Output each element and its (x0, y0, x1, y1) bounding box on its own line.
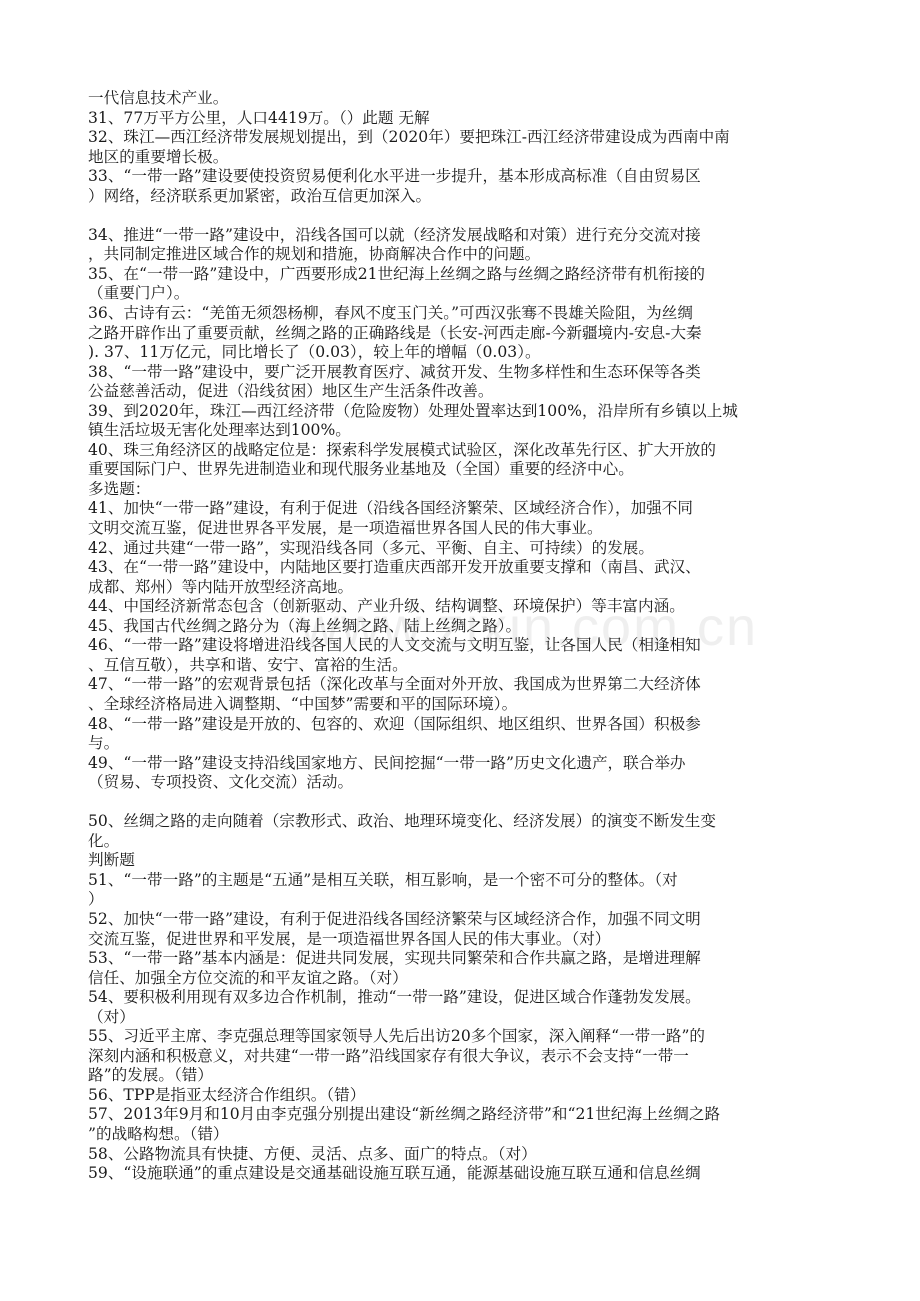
text-line: 44、中国经济新常态包含（创新驱动、产业升级、结构调整、环境保护）等丰富内涵。 (88, 597, 838, 617)
text-line: 重要国际门户、世界先进制造业和现代服务业基地及（全国）重要的经济中心。 (88, 460, 838, 480)
text-line: 36、古诗有云：“羌笛无须怨杨柳，春风不度玉门关。”可西汉张骞不畏雄关险阻，为丝… (88, 304, 838, 324)
text-line: 59、“设施联通”的重点建设是交通基础设施互联互通，能源基础设施互联互通和信息丝… (88, 1164, 838, 1184)
text-line: 57、2013年9月和10月由李克强分别提出建设“新丝绸之路经济带”和“21世纪… (88, 1105, 838, 1125)
text-line: 信任、加强全方位交流的和平友谊之路。（对） (88, 969, 838, 989)
text-line: 34、推进“一带一路”建设中，沿线各国可以就（经济发展战略和对策）进行充分交流对… (88, 226, 838, 246)
text-line: 多选题： (88, 480, 838, 500)
text-line: 31、77万平方公里，人口4419万。（）此题 无解 (88, 109, 838, 129)
text-line: （对） (88, 1008, 838, 1028)
text-line: 53、“一带一路”基本内涵是：促进共同发展，实现共同繁荣和合作共赢之路，是增进理… (88, 949, 838, 969)
text-line: ”的战略构想。（错） (88, 1125, 838, 1145)
text-line: ）网络，经济联系更加紧密，政治互信更加深入。 (88, 187, 838, 207)
text-line: 50、丝绸之路的走向随着（宗教形式、政治、地理环境变化、经济发展）的演变不断发生… (88, 812, 838, 832)
text-line: 55、习近平主席、李克强总理等国家领导人先后出访20多个国家，深入阐释“一带一路… (88, 1027, 838, 1047)
text-line: 43、在“一带一路”建设中，内陆地区要打造重庆西部开发开放重要支撑和（南昌、武汉… (88, 558, 838, 578)
text-line: 、互信互敬），共享和谐、安宁、富裕的生活。 (88, 656, 838, 676)
text-line: 39、到2020年，珠江—西江经济带（危险废物）处理处置率达到100%，沿岸所有… (88, 402, 838, 422)
text-line: 成都、郑州）等内陆开放型经济高地。 (88, 578, 838, 598)
text-line: 42、通过共建“一带一路”，实现沿线各同（多元、平衡、自主、可持续）的发展。 (88, 539, 838, 559)
text-line: 52、加快“一带一路”建设，有利于促进沿线各国经济繁荣与区域经济合作，加强不同文… (88, 910, 838, 930)
text-line: ） (88, 890, 838, 910)
text-line: 交流互鉴，促进世界和平发展，是一项造福世界各国人民的伟大事业。（对） (88, 930, 838, 950)
text-line: 51、“一带一路”的主题是“五通”是相互关联，相互影响，是一个密不可分的整体。（… (88, 871, 838, 891)
text-line: 49、“一带一路”建设支持沿线国家地方、民间挖掘“一带一路”历史文化遗产，联合举… (88, 754, 838, 774)
text-line: 48、“一带一路”建设是开放的、包容的、欢迎（国际组织、地区组织、世界各国）积极… (88, 715, 838, 735)
text-line: 47、“一带一路”的宏观背景包括（深化改革与全面对外开放、我国成为世界第二大经济… (88, 675, 838, 695)
blank-line (88, 793, 838, 813)
text-line: 38、“一带一路”建设中，要广泛开展教育医疗、减贫开发、生物多样性和生态环保等各… (88, 363, 838, 383)
text-line: 之路开辟作出了重要贡献，丝绸之路的正确路线是（长安-河西走廊-今新疆境内-安息-… (88, 324, 838, 344)
text-line: 33、“一带一路”建设要使投资贸易便利化水平进一步提升，基本形成高标准（自由贸易… (88, 167, 838, 187)
text-line: 镇生活垃圾无害化处理率达到100%。 (88, 421, 838, 441)
text-line: 35、在“一带一路”建设中，广西要形成21世纪海上丝绸之路与丝绸之路经济带有机衔… (88, 265, 838, 285)
text-line: 32、珠江—西江经济带发展规划提出，到（2020年）要把珠江-西江经济带建设成为… (88, 128, 838, 148)
text-line: 路”的发展。（错） (88, 1066, 838, 1086)
text-line: ). 37、11万亿元，同比增长了（0.03），较上年的增幅（0.03）。 (88, 343, 838, 363)
text-line: （重要门户）。 (88, 284, 838, 304)
blank-line (88, 206, 838, 226)
text-line: 深刻内涵和积极意义，对共建“一带一路”沿线国家存有很大争议，表示不会支持“一带一 (88, 1047, 838, 1067)
text-line: 化。 (88, 832, 838, 852)
document-page: 一代信息技术产业。31、77万平方公里，人口4419万。（）此题 无解32、珠江… (88, 89, 838, 1184)
text-line: 58、公路物流具有快捷、方便、灵活、点多、面广的特点。（对） (88, 1145, 838, 1165)
text-line: 41、加快“一带一路”建设，有利于促进（沿线各国经济繁荣、区域经济合作），加强不… (88, 499, 838, 519)
text-line: 54、要积极利用现有双多边合作机制，推动“一带一路”建设，促进区域合作蓬勃发发展… (88, 988, 838, 1008)
text-line: 地区的重要增长极。 (88, 148, 838, 168)
text-line: 一代信息技术产业。 (88, 89, 838, 109)
text-line: 公益慈善活动，促进（沿线贫困）地区生产生活条件改善。 (88, 382, 838, 402)
text-line: 56、TPP是指亚太经济合作组织。（错） (88, 1086, 838, 1106)
text-line: 45、我国古代丝绸之路分为（海上丝绸之路、陆上丝绸之路）。 (88, 617, 838, 637)
text-line: （贸易、专项投资、文化交流）活动。 (88, 773, 838, 793)
text-line: 40、珠三角经济区的战略定位是：探索科学发展模式试验区，深化改革先行区、扩大开放… (88, 441, 838, 461)
text-line: 文明交流互鉴，促进世界各平发展，是一项造福世界各国人民的伟大事业。 (88, 519, 838, 539)
text-line: 46、“一带一路”建设将增进沿线各国人民的人文交流与文明互鉴，让各国人民（相逢相… (88, 636, 838, 656)
text-line: 、全球经济格局进入调整期、“中国梦”需要和平的国际环境）。 (88, 695, 838, 715)
text-line: 与。 (88, 734, 838, 754)
text-line: 判断题 (88, 851, 838, 871)
text-line: ，共同制定推进区域合作的规划和措施，协商解决合作中的问题。 (88, 245, 838, 265)
